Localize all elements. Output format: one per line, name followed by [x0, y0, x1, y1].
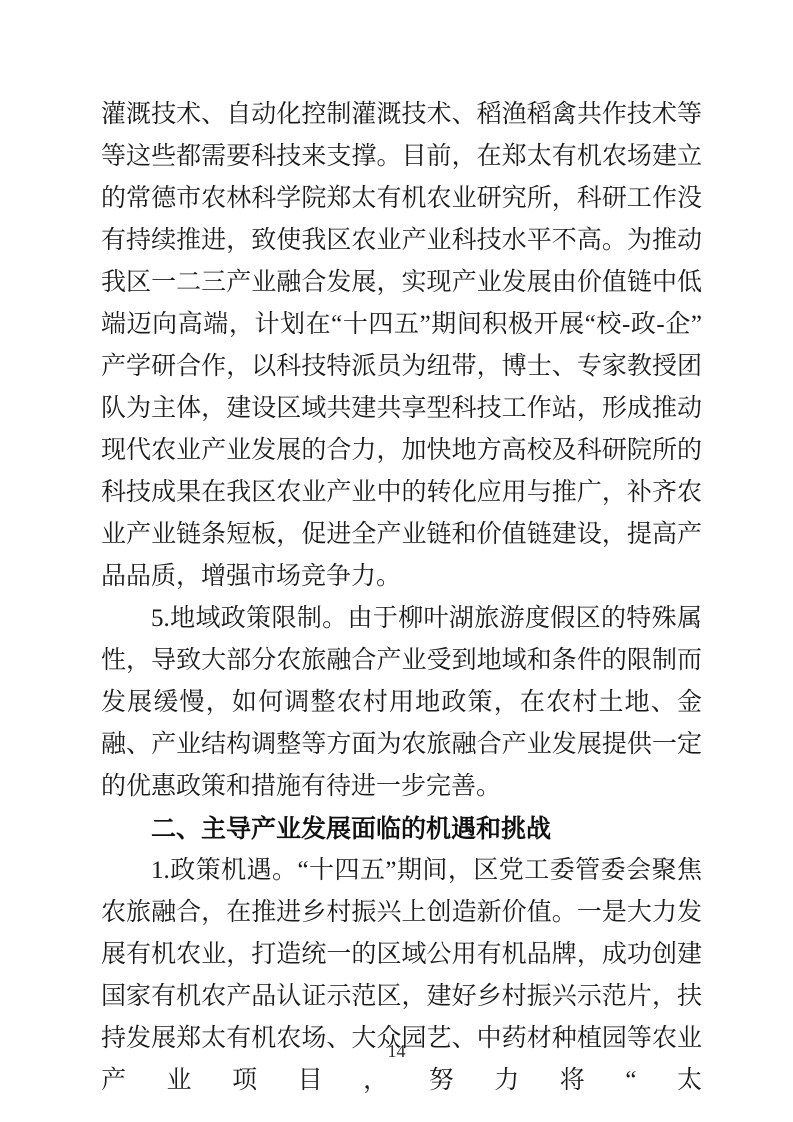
- paragraph-regional-policy-limit: 5.地域政策限制。由于柳叶湖旅游度假区的特殊属性，导致大部分农旅融合产业受到地域…: [101, 598, 702, 808]
- page-footer: 14: [0, 1040, 793, 1062]
- document-page: 灌溉技术、自动化控制灌溉技术、稻渔稻禽共作技术等等这些都需要科技来支撑。目前，在…: [0, 0, 793, 1122]
- paragraph-policy-opportunity: 1.政策机遇。“十四五”期间，区党工委管委会聚焦农旅融合，在推进乡村振兴上创造新…: [101, 850, 702, 1102]
- page-number: 14: [388, 1041, 406, 1061]
- paragraph-agtech-support: 灌溉技术、自动化控制灌溉技术、稻渔稻禽共作技术等等这些都需要科技来支撑。目前，在…: [101, 94, 702, 598]
- section-heading-opportunities-challenges: 二、主导产业发展面临的机遇和挑战: [101, 808, 702, 850]
- page-content: 灌溉技术、自动化控制灌溉技术、稻渔稻禽共作技术等等这些都需要科技来支撑。目前，在…: [101, 94, 702, 1102]
